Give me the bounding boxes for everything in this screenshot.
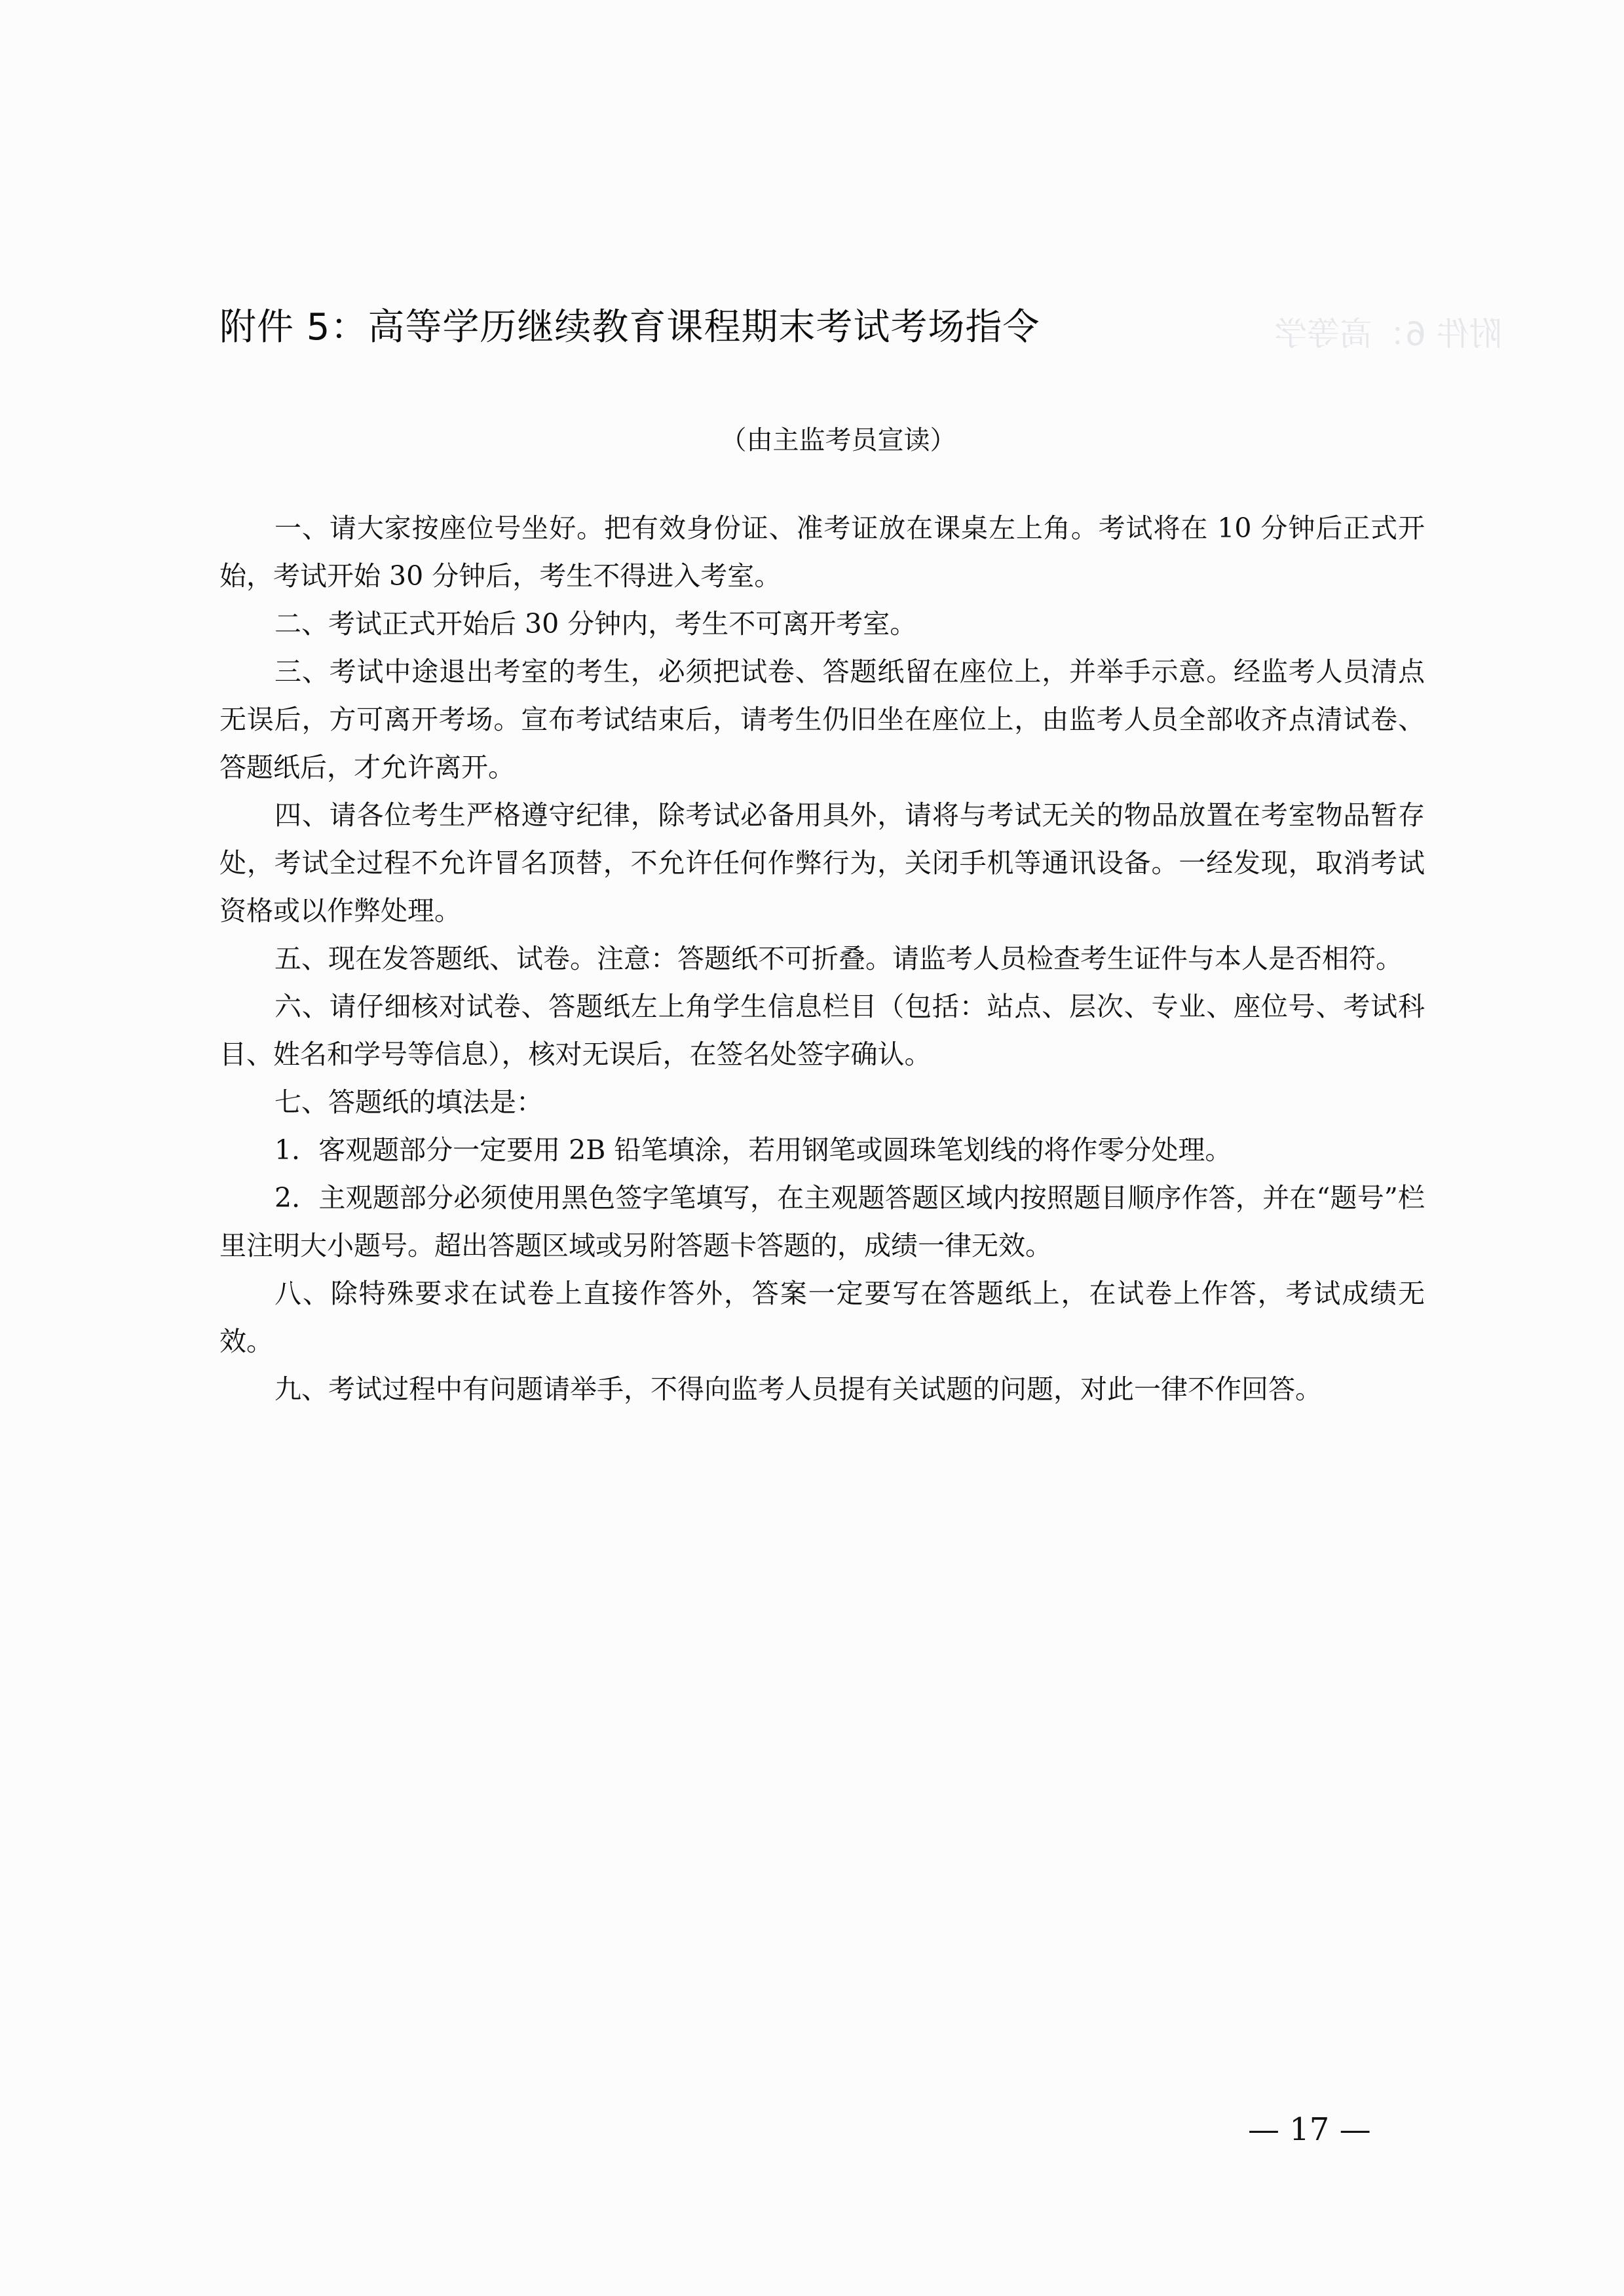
paragraph-7-item-1: 1．客观题部分一定要用 2B 铅笔填涂，若用钢笔或圆珠笔划线的将作零分处理。 bbox=[219, 1126, 1425, 1174]
document-title: 附件 5：高等学历继续教育课程期末考试考场指令 bbox=[219, 298, 1040, 351]
paragraph-4: 四、请各位考生严格遵守纪律，除考试必备用具外，请将与考试无关的物品放置在考室物品… bbox=[219, 792, 1425, 935]
document-body: 一、请大家按座位号坐好。把有效身份证、准考证放在课桌左上角。考试将在 10 分钟… bbox=[219, 505, 1425, 1413]
paragraph-3: 三、考试中途退出考室的考生，必须把试卷、答题纸留在座位上，并举手示意。经监考人员… bbox=[219, 648, 1425, 792]
bleed-through-text: 附件 6：高等学 bbox=[1274, 308, 1502, 355]
paragraph-7: 七、答题纸的填法是： bbox=[219, 1079, 1425, 1126]
document-subtitle: （由主监考员宣读） bbox=[0, 419, 1624, 457]
paragraph-9: 九、考试过程中有问题请举手，不得向监考人员提有关试题的问题，对此一律不作回答。 bbox=[219, 1366, 1425, 1413]
paragraph-5: 五、现在发答题纸、试卷。注意：答题纸不可折叠。请监考人员检查考生证件与本人是否相… bbox=[219, 935, 1425, 983]
paragraph-8: 八、除特殊要求在试卷上直接作答外，答案一定要写在答题纸上，在试卷上作答，考试成绩… bbox=[219, 1270, 1425, 1366]
paragraph-1: 一、请大家按座位号坐好。把有效身份证、准考证放在课桌左上角。考试将在 10 分钟… bbox=[219, 505, 1425, 600]
document-page: 附件 6：高等学 附件 5：高等学历继续教育课程期末考试考场指令 （由主监考员宣… bbox=[0, 0, 1624, 2296]
paragraph-6: 六、请仔细核对试卷、答题纸左上角学生信息栏目（包括：站点、层次、专业、座位号、考… bbox=[219, 983, 1425, 1079]
page-number: — 17 — bbox=[1248, 2111, 1371, 2148]
paragraph-7-item-2: 2．主观题部分必须使用黑色签字笔填写，在主观题答题区域内按照题目顺序作答，并在“… bbox=[219, 1174, 1425, 1270]
paragraph-2: 二、考试正式开始后 30 分钟内，考生不可离开考室。 bbox=[219, 600, 1425, 648]
